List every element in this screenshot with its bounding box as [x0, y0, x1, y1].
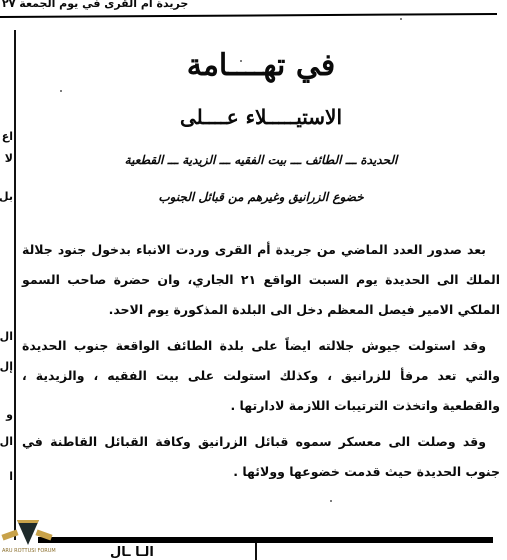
running-header: جريدة أم القرى في يوم الجمعة ٢٧ [0, 0, 507, 12]
wing-icon [35, 529, 52, 540]
adjacent-column-fragment: اع لا بل ال إل و ال ا [0, 130, 13, 530]
fragment-text: اع [2, 130, 13, 143]
newspaper-page: جريدة أم القرى في يوم الجمعة ٢٧ اع لا بل… [0, 0, 507, 560]
watermark-label: ARU ROTTUSI FORUM [2, 548, 56, 554]
bottom-rule [38, 537, 493, 543]
running-head-text: جريدة أم القرى في يوم الجمعة ٢٧ [2, 0, 188, 10]
article-headline: في تهــــامة [22, 48, 500, 83]
article-places-line: الحديدة ـــ الطائف ـــ بيت الفقيه ـــ ال… [22, 153, 500, 167]
fragment-text: و [6, 408, 13, 421]
fragment-text: ال [0, 330, 13, 343]
print-speck [240, 60, 242, 62]
paragraph: وقد وصلت الى معسكر سموه قبائل الزرانيق و… [22, 427, 500, 487]
article-body: بعد صدور العدد الماضي من جريدة أم القرى … [22, 235, 500, 487]
column-divider [14, 30, 16, 540]
paragraph: وقد استولت جيوش جلالته ايضاً على بلدة ال… [22, 331, 500, 421]
print-speck [400, 18, 402, 20]
fragment-text: لا [5, 152, 13, 165]
fragment-text: ال [0, 435, 13, 448]
next-heading-fragment: الـا ـال [110, 545, 154, 560]
print-speck [60, 90, 62, 92]
print-speck [330, 500, 332, 502]
fragment-text: إل [0, 360, 13, 373]
watermark-logo: ARU ROTTUSI FORUM [0, 520, 52, 560]
article-deck: خضوع الزرانيق وغيرهم من قبائل الجنوب [22, 190, 500, 204]
bottom-column-divider [255, 543, 257, 560]
fragment-text: ا [9, 470, 13, 483]
fragment-text: بل [0, 190, 13, 203]
top-rule [0, 13, 497, 18]
wing-icon [1, 529, 18, 540]
paragraph: بعد صدور العدد الماضي من جريدة أم القرى … [22, 235, 500, 325]
article-subhead: الاستيـــــلاء عــــلى [22, 102, 500, 132]
